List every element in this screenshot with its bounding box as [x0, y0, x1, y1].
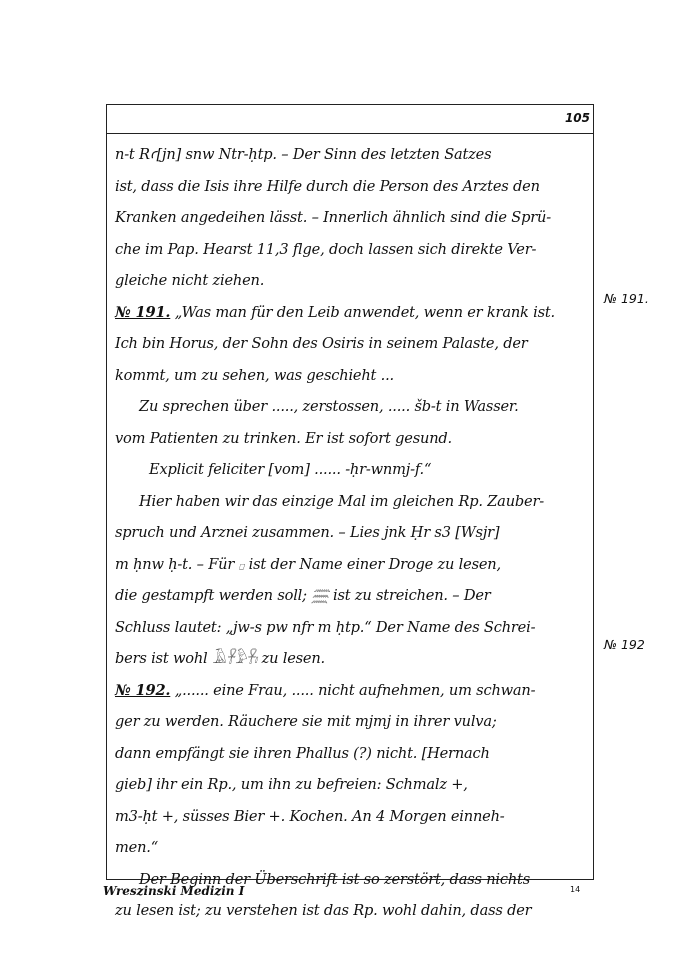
text-line: Zu sprechen über ....., zerstossen, ....… [115, 391, 589, 423]
text-line: „Was man für den Leib anwendet, wenn er … [175, 304, 555, 321]
text-line: m3-ḥt +, süsses Bier +. Kochen. An 4 Mor… [115, 801, 589, 833]
text-line: vom Patienten zu trinken. Er ist sofort … [115, 423, 589, 455]
section-192-heading: № 192. „...... eine Frau, ..... nicht au… [115, 675, 589, 707]
text-line: bers ist wohl 𓄿𓋹𓅱𓋹𓏤 zu lesen. [115, 643, 589, 675]
text-line: Hier haben wir das einzige Mal im gleich… [115, 486, 589, 518]
margin-note-191: № 191. [604, 291, 649, 306]
text-line: dann empfängt sie ihren Phallus (?) nich… [115, 738, 589, 770]
text-line: gieb] ihr ein Rp., um ihn zu befreien: S… [115, 769, 589, 801]
text-line: n-t Rꜥ[jn] snw Ntr-ḥtp. – Der Sinn des l… [115, 139, 589, 171]
footer-signature: Wreszinski Medizin I [103, 884, 244, 898]
text-line: zu lesen ist; zu verstehen ist das Rp. w… [115, 895, 589, 927]
body-text: n-t Rꜥ[jn] snw Ntr-ḥtp. – Der Sinn des l… [115, 139, 589, 927]
page-frame: 105 n-t Rꜥ[jn] snw Ntr-ḥtp. – Der Sinn d… [106, 104, 594, 880]
section-number: № 191. [115, 304, 170, 321]
text-line: gleiche nicht ziehen. [115, 265, 589, 297]
section-number: № 192. [115, 682, 170, 699]
text-line: „...... eine Frau, ..... nicht aufnehmen… [175, 682, 536, 699]
section-191-heading: № 191. „Was man für den Leib anwendet, w… [115, 297, 589, 329]
text-line: Explicit feliciter [vom] ...... -ḥr-wnmj… [115, 454, 589, 486]
text-line: m ḥnw ḥ-t. – Für 𓊪 ist der Name einer Dr… [115, 549, 589, 581]
text-line: spruch und Arznei zusammen. – Lies jnk Ḥ… [115, 517, 589, 549]
footer-sheet-number: 14 [570, 885, 580, 894]
text-line: men.“ [115, 832, 589, 864]
text-line: Kranken angedeihen lässt. – Innerlich äh… [115, 202, 589, 234]
text-line: Schluss lautet: „jw-s pw nfr m ḥtp.“ Der… [115, 612, 589, 644]
text-line: kommt, um zu sehen, was geschieht ... [115, 360, 589, 392]
text-line: ger zu werden. Räuchere sie mit mjmj in … [115, 706, 589, 738]
text-line: Ich bin Horus, der Sohn des Osiris in se… [115, 328, 589, 360]
text-line: ist, dass die Isis ihre Hilfe durch die … [115, 171, 589, 203]
text-line: che im Pap. Hearst 11,3 flge, doch lasse… [115, 234, 589, 266]
text-line: die gestampft werden soll; 𓈗 ist zu stre… [115, 580, 589, 612]
header-rule [107, 133, 593, 134]
margin-note-192: № 192 [604, 637, 645, 652]
page-number: 105 [565, 111, 590, 125]
